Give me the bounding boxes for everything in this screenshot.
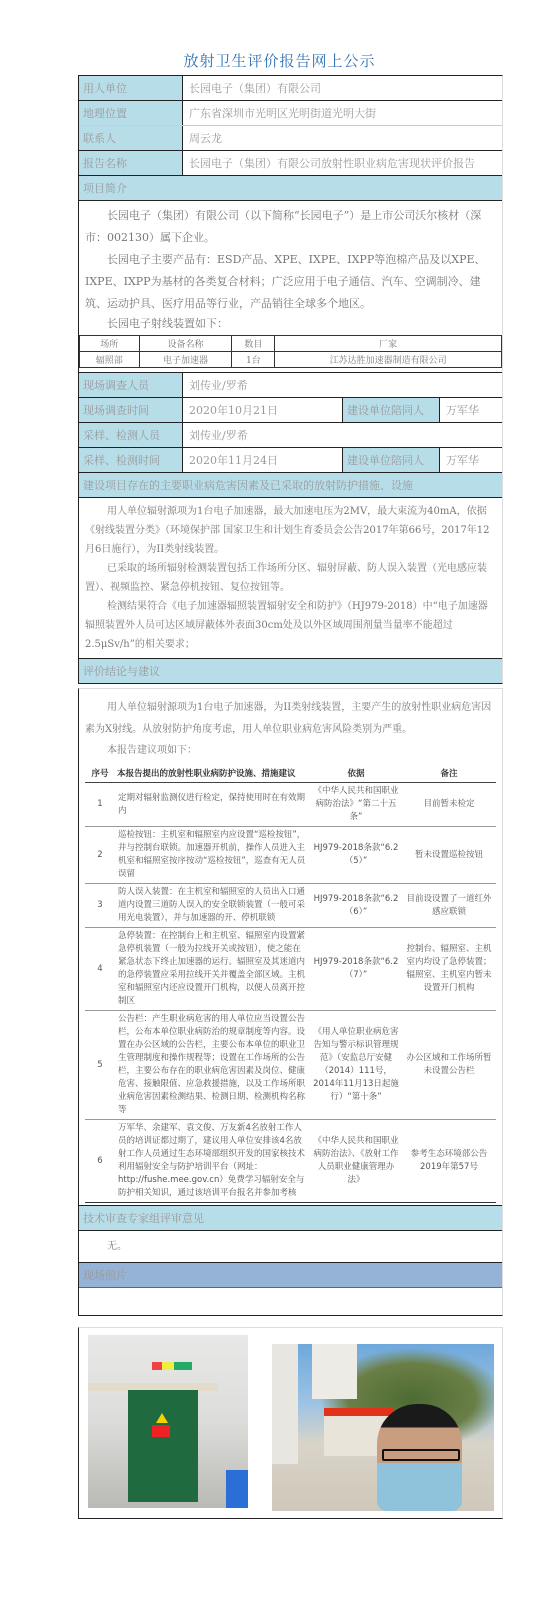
escort-label: 建设单位陪同人: [342, 398, 440, 422]
sample-time-label: 采样、检测时间: [79, 448, 183, 472]
radiation-warning-icon: [156, 1413, 168, 1423]
rec-note: 目前暂未检定: [402, 783, 496, 827]
contact-label: 联系人: [79, 126, 183, 150]
rec-index: 2: [85, 827, 115, 884]
photos-heading: 现场照片: [79, 1263, 502, 1288]
expert-opinion: 无。: [79, 1237, 502, 1256]
report-name-label: 报告名称: [79, 151, 183, 175]
rec-basis: 《中华人民共和国职业病防治法》“第二十五条”: [310, 783, 402, 827]
rec-measure: 万军华、余建军、袁文俊、万友新4名放射工作人员的培训证都过期了，建议用人单位安排…: [115, 1120, 310, 1203]
samplers-label: 采样、检测人员: [79, 423, 183, 447]
rec-basis: 《中华人民共和国职业病防治法》、《放射工作人员职业健康管理办法》: [310, 1120, 402, 1203]
rec-index: 6: [85, 1120, 115, 1203]
rec-note: 控制台、辐照室、主机室内均设了急停装置；辐照室、主机室内暂未设置开门机构: [402, 928, 496, 1011]
contact-value: 周云龙: [183, 126, 502, 150]
report-info-table: 用人单位 长园电子（集团）有限公司 地理位置 广东省深圳市光明区光明街道光明大街…: [78, 75, 503, 684]
rec-measure: 巡检按钮：主机室和辐照室内应设置“巡检按钮”，并与控制台联锁。加速器开机前，操作…: [115, 827, 310, 884]
site-entrance-selfie-photo: [272, 1344, 494, 1511]
samplers-row: 采样、检测人员 刘传业/罗希: [79, 423, 502, 448]
rec-index: 5: [85, 1011, 115, 1120]
sample-time-row: 采样、检测时间 2020年11月24日 建设单位陪同人 万军华: [79, 448, 502, 473]
recommendations-table: 序号 本报告提出的放射性职业病防护设施、措施建议 依据 备注 1 定期对辐射监测…: [85, 764, 496, 1203]
equip-row: 辐照部 电子加速器 1台 江苏达胜加速器制造有限公司: [80, 352, 502, 368]
employer-value: 长园电子（集团）有限公司: [183, 76, 502, 100]
warning-lamp-icon: [152, 1362, 192, 1370]
equip-cell: 辐照部: [80, 352, 140, 368]
rec-index: 4: [85, 928, 115, 1011]
rec-row: 6 万军华、余建军、袁文俊、万友新4名放射工作人员的培训证都过期了，建议用人单位…: [85, 1120, 496, 1203]
rec-row: 5 公告栏：产生职业病危害的用人单位应当设置公告栏，公布本单位职业病防治的规章制…: [85, 1011, 496, 1120]
hazards-paragraph: 检测结果符合《电子加速器辐照装置辐射安全和防护》（HJ979-2018）中“电子…: [79, 597, 502, 654]
equip-cell: 电子加速器: [139, 352, 232, 368]
rec-measure: 公告栏：产生职业病危害的用人单位应当设置公告栏，公布本单位职业病防治的规章制度等…: [115, 1011, 310, 1120]
rec-basis: HJ979-2018条款“6.2（5）”: [310, 827, 402, 884]
page-title: 放射卫生评价报告网上公示: [0, 50, 559, 71]
equip-cell: 江苏达胜加速器制造有限公司: [275, 352, 502, 368]
investigators-label: 现场调查人员: [79, 373, 183, 397]
intro-paragraph: 长园电子（集团）有限公司（以下简称“长园电子”）是上市公司沃尔核材（深市：002…: [79, 205, 502, 249]
intro-paragraph: 长园电子主要产品有：ESD产品、XPE、IXPE、IXPP等泡棉产品及以XPE、…: [79, 249, 502, 315]
rec-measure: 防人误入装置：在主机室和辐照室的人员出入口通道内设置三道防人误入的安全联锁装置（…: [115, 884, 310, 928]
location-label: 地理位置: [79, 101, 183, 125]
hazards-heading: 建设项目存在的主要职业病危害因素及已采取的放射防护措施、设施: [79, 473, 502, 498]
rec-row: 1 定期对辐射监测仪进行检定，保持使用时在有效期内 《中华人民共和国职业病防治法…: [85, 783, 496, 827]
report-name-value: 长园电子（集团）有限公司放射性职业病危害现状评价报告: [183, 151, 502, 175]
expert-heading: 技术审查专家组评审意见: [79, 1205, 502, 1231]
rec-note: 办公区域和工作场所暂未设置公告栏: [402, 1011, 496, 1120]
rec-basis: HJ979-2018条款“6.2（6）”: [310, 884, 402, 928]
escort2-label: 建设单位陪同人: [342, 448, 440, 472]
intro-heading: 项目简介: [79, 176, 502, 201]
intro-paragraph: 长园电子射线装置如下：: [79, 315, 502, 333]
hazards-body: 用人单位辐射源项为1台电子加速器，最大加速电压为2MV，最大束流为40mA，依据…: [79, 498, 502, 659]
survey-time-label: 现场调查时间: [79, 398, 183, 422]
location-value: 广东省深圳市光明区光明街道光明大街: [183, 101, 502, 125]
rec-index: 3: [85, 884, 115, 928]
conclusion-heading: 评价结论与建议: [79, 659, 502, 683]
investigators-row: 现场调查人员 刘传业/罗希: [79, 373, 502, 398]
rec-row: 4 急停装置：在控制台上和主机室、辐照室内设置紧急停机装置（一般为拉线开关或按钮…: [85, 928, 496, 1011]
site-photos: [78, 1327, 503, 1519]
expert-body: 无。: [79, 1231, 502, 1263]
conclusion-box: 用人单位辐射源项为1台电子加速器，为II类射线装置，主要产生的放射性职业病危害因…: [78, 688, 503, 1316]
rec-note: 目前设设置了一道红外感应联锁: [402, 884, 496, 928]
conclusion-paragraph: 本报告建议项如下：: [79, 741, 502, 760]
equip-header: 设备名称: [139, 336, 232, 352]
rec-measure: 定期对辐射监测仪进行检定，保持使用时在有效期内: [115, 783, 310, 827]
equip-header: 数目: [232, 336, 275, 352]
survey-time-row: 现场调查时间 2020年10月21日 建设单位陪同人 万军华: [79, 398, 502, 423]
employer-row: 用人单位 长园电子（集团）有限公司: [79, 76, 502, 101]
equip-header: 厂家: [275, 336, 502, 352]
location-row: 地理位置 广东省深圳市光明区光明街道光明大街: [79, 101, 502, 126]
escort2-value: 万军华: [440, 448, 502, 472]
sample-time-value: 2020年11月24日: [183, 448, 342, 472]
samplers-value: 刘传业/罗希: [183, 423, 502, 447]
contact-row: 联系人 周云龙: [79, 126, 502, 151]
rec-header: 依据: [310, 764, 402, 783]
rec-row: 2 巡检按钮：主机室和辐照室内应设置“巡检按钮”，并与控制台联锁。加速器开机前，…: [85, 827, 496, 884]
hazards-paragraph: 已采取的场所辐射检测装置包括工作场所分区、辐射屏蔽、防人误入装置（光电感应装置）…: [79, 559, 502, 597]
hazards-paragraph: 用人单位辐射源项为1台电子加速器，最大加速电压为2MV，最大束流为40mA，依据…: [79, 502, 502, 559]
rec-note: 参考生态环境部公告2019年第57号: [402, 1120, 496, 1203]
equip-cell: 1台: [232, 352, 275, 368]
equip-header: 场所: [80, 336, 140, 352]
conclusion-body: 用人单位辐射源项为1台电子加速器，为II类射线装置，主要产生的放射性职业病危害因…: [79, 689, 502, 764]
investigators-value: 刘传业/罗希: [183, 373, 502, 397]
rec-basis: HJ979-2018条款“6.2（7）”: [310, 928, 402, 1011]
rec-note: 暂未设置巡检按钮: [402, 827, 496, 884]
survey-time-value: 2020年10月21日: [183, 398, 342, 422]
escort-value: 万军华: [440, 398, 502, 422]
rec-header: 序号: [85, 764, 115, 783]
rec-header: 备注: [402, 764, 496, 783]
rec-row: 3 防人误入装置：在主机室和辐照室的人员出入口通道内设置三道防人误入的安全联锁装…: [85, 884, 496, 928]
rec-measure: 急停装置：在控制台上和主机室、辐照室内设置紧急停机装置（一般为拉线开关或按钮），…: [115, 928, 310, 1011]
employer-label: 用人单位: [79, 76, 183, 100]
report-name-row: 报告名称 长园电子（集团）有限公司放射性职业病危害现状评价报告: [79, 151, 502, 176]
intro-body: 长园电子（集团）有限公司（以下简称“长园电子”）是上市公司沃尔核材（深市：002…: [79, 201, 502, 373]
irradiation-room-door-photo: [88, 1335, 248, 1508]
rec-index: 1: [85, 783, 115, 827]
conclusion-paragraph: 用人单位辐射源项为1台电子加速器，为II类射线装置，主要产生的放射性职业病危害因…: [79, 697, 502, 741]
equipment-table: 场所 设备名称 数目 厂家 辐照部 电子加速器 1台 江苏达胜加速器制造有限公司: [79, 335, 502, 368]
rec-basis: 《用人单位职业病危害告知与警示标识管理规范》（安监总厅安健（2014）111号，…: [310, 1011, 402, 1120]
photos-spacer: [79, 1288, 502, 1315]
rec-header: 本报告提出的放射性职业病防护设施、措施建议: [115, 764, 310, 783]
